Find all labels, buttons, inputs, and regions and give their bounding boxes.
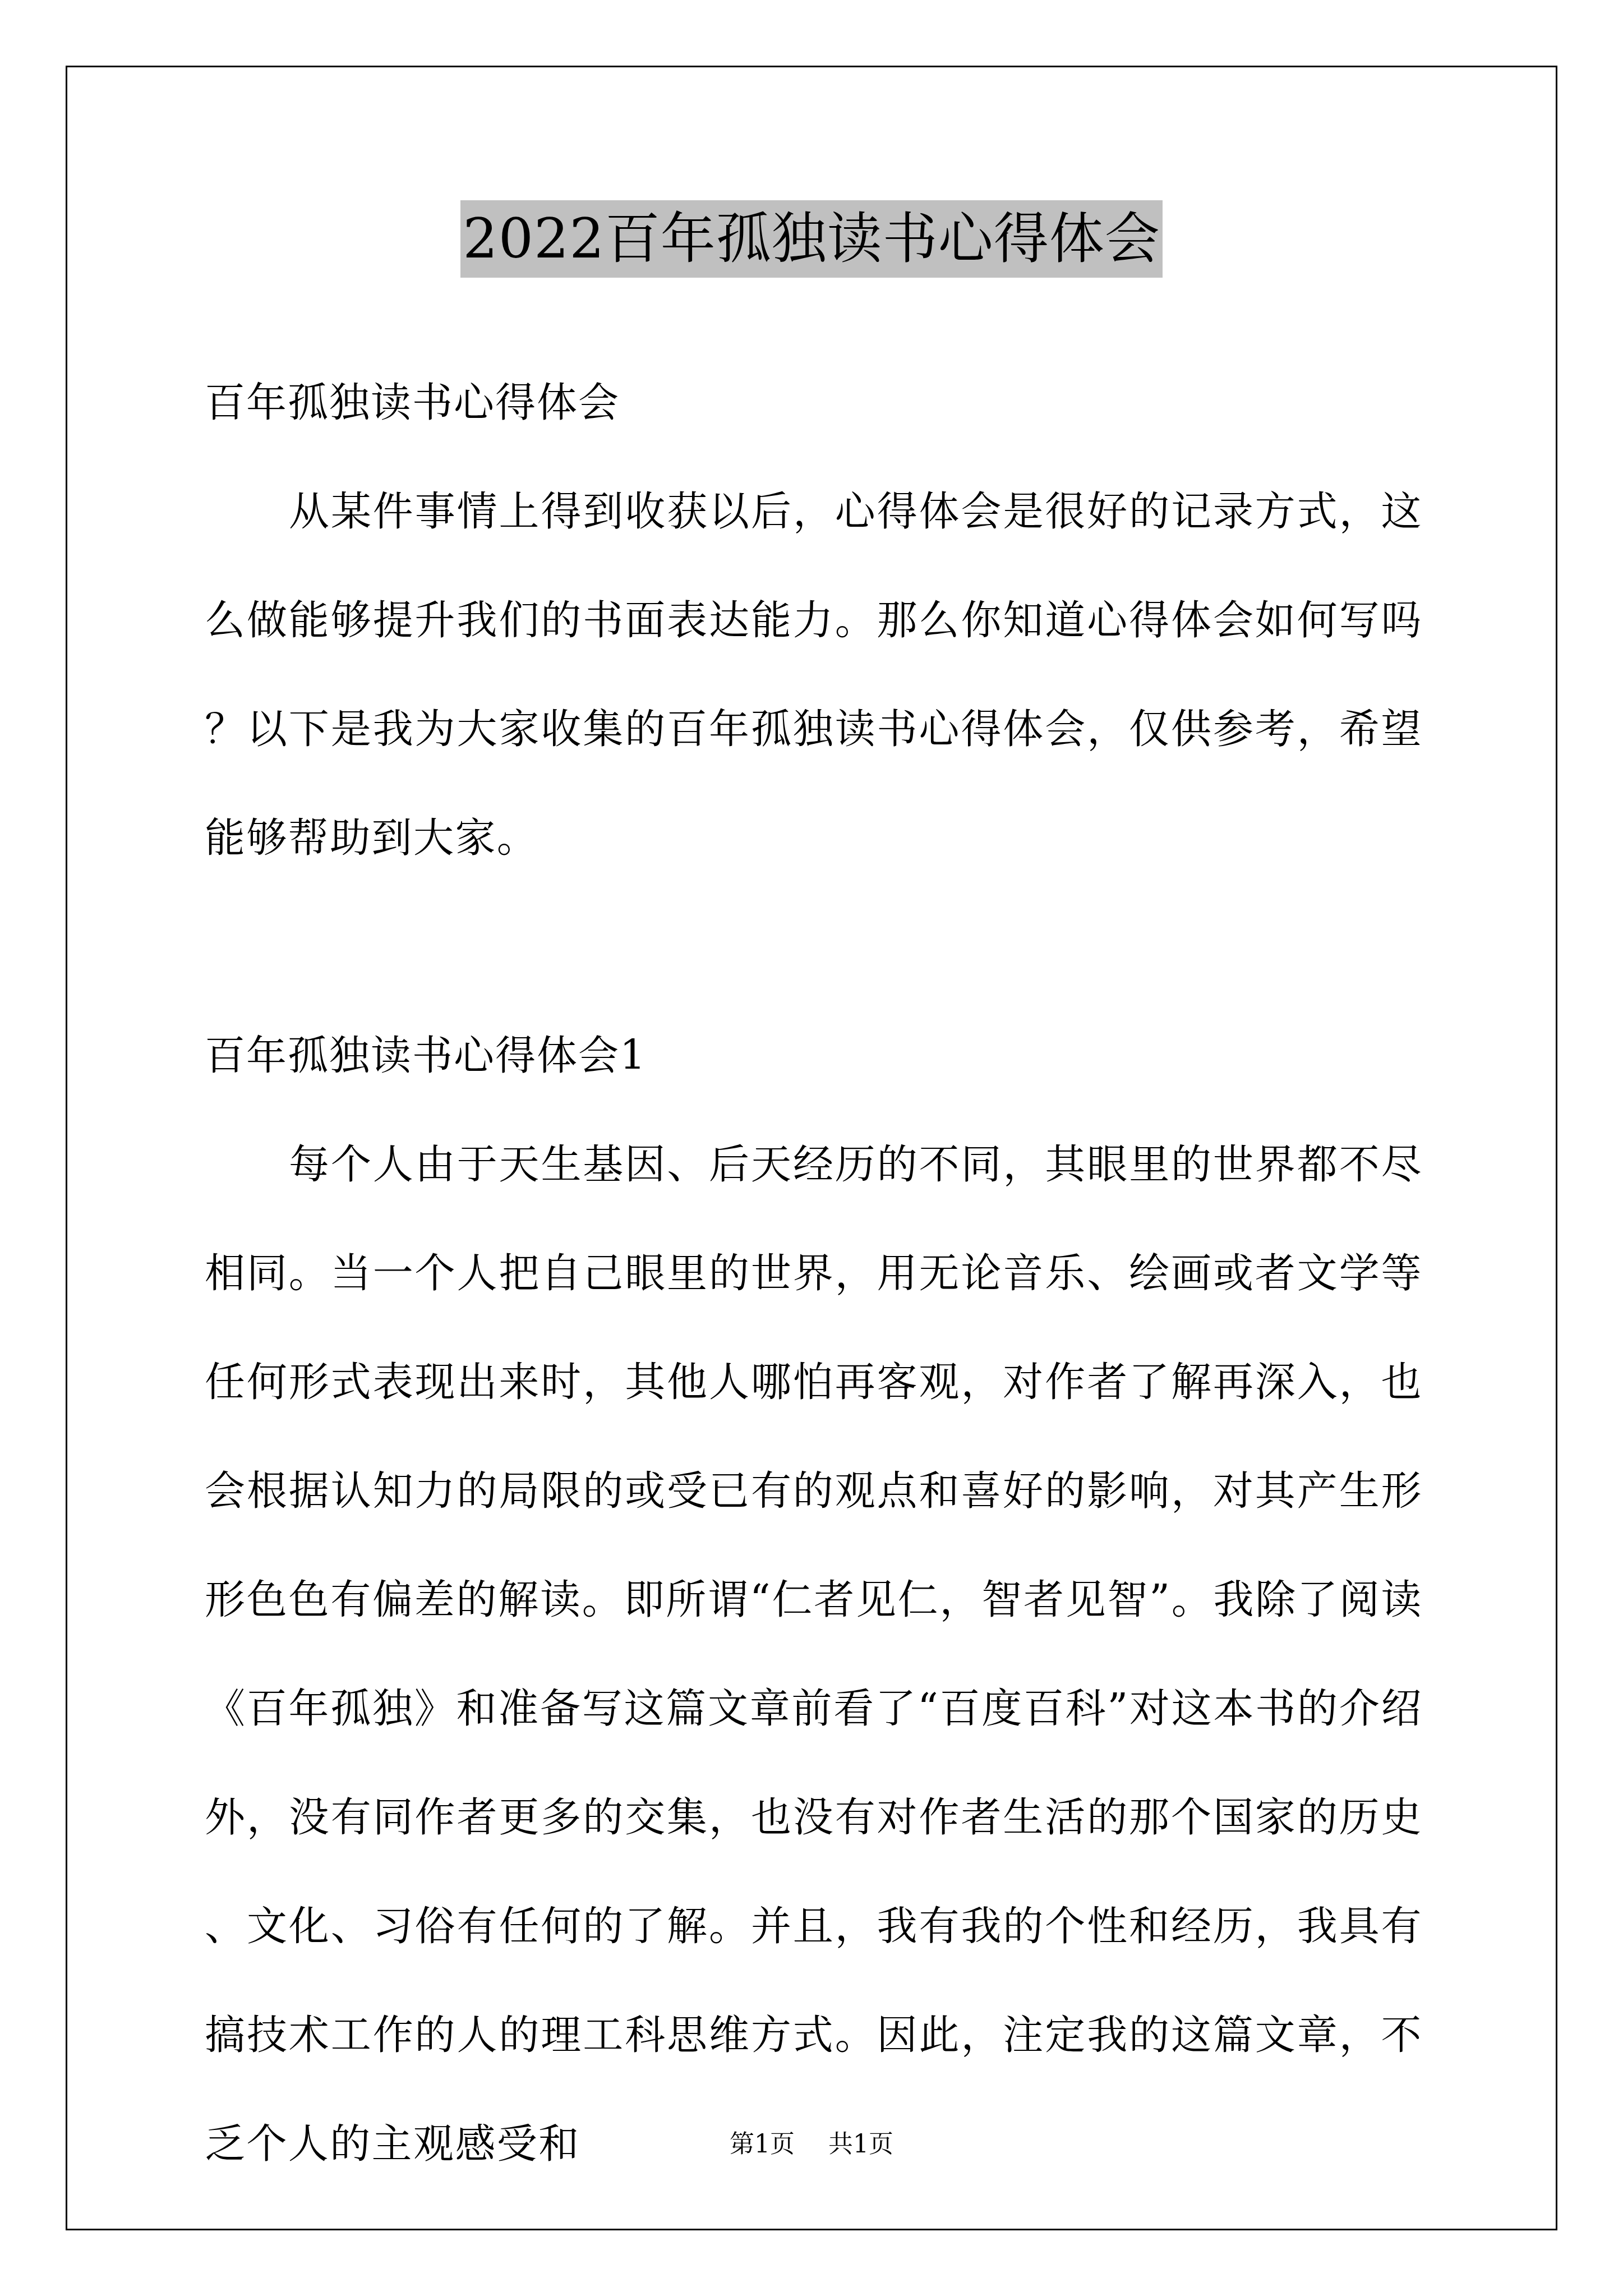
total-pages-label: 共1页 <box>828 2126 893 2163</box>
paragraph-spacer <box>205 892 1423 1001</box>
document-title: 2022百年孤独读书心得体会 <box>460 200 1162 278</box>
page-footer: 第1页共1页 <box>0 2126 1623 2163</box>
title-container: 2022百年孤独读书心得体会 <box>0 200 1623 278</box>
document-body: 百年孤独读书心得体会 从某件事情上得到收获以后，心得体会是很好的记录方式，这么做… <box>205 348 1423 2198</box>
current-page-label: 第1页 <box>730 2126 795 2163</box>
intro-paragraph: 从某件事情上得到收获以后，心得体会是很好的记录方式，这么做能够提升我们的书面表达… <box>205 457 1423 892</box>
section-paragraph: 每个人由于天生基因、后天经历的不同，其眼里的世界都不尽相同。当一个人把自己眼里的… <box>205 1110 1423 2198</box>
intro-heading: 百年孤独读书心得体会 <box>205 348 1423 457</box>
section-heading: 百年孤独读书心得体会1 <box>205 1001 1423 1110</box>
